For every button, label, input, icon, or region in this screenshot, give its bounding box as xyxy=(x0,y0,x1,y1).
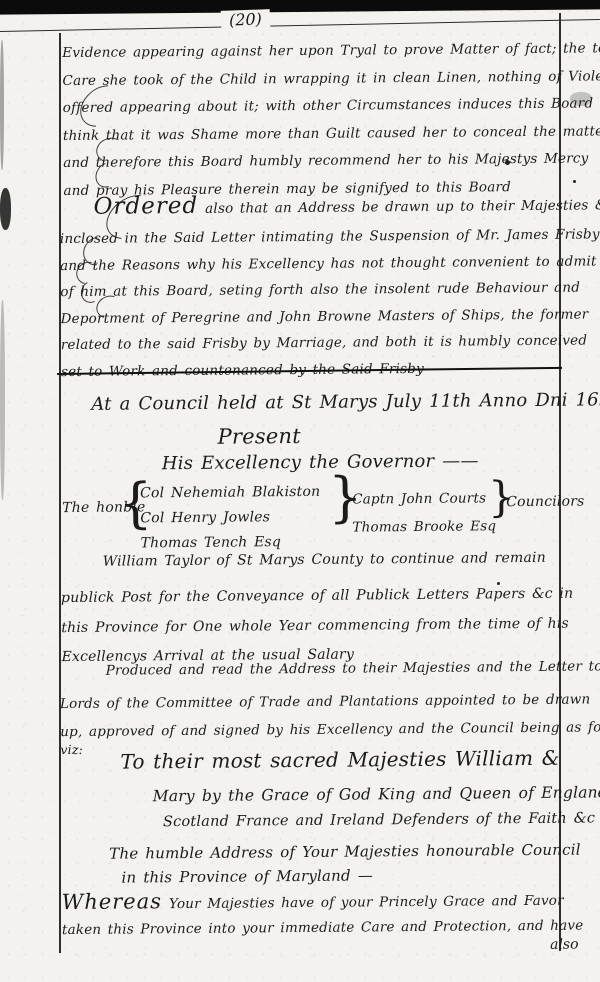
manuscript-line: related to the said Frisby by Marriage, … xyxy=(61,327,600,358)
paragraph-whereas-lead: Whereas Your Majesties have of your Prin… xyxy=(62,886,564,914)
manuscript-line: also that an Address be drawn up to thei… xyxy=(205,197,600,217)
viz-label: viz: xyxy=(60,742,83,757)
manuscript-page: (20) Evidence appearing against her upon… xyxy=(0,0,600,982)
member-name: Col Henry Jowles xyxy=(140,505,320,532)
members-column-2: Captn John Courts Thomas Brooke Esq xyxy=(352,484,496,541)
manuscript-line: and therefore this Board humbly recommen… xyxy=(63,145,600,178)
manuscript-line: of him at this Board, seting forth also … xyxy=(60,274,600,305)
member-name: Col Nehemiah Blakiston xyxy=(140,480,320,507)
role-label: Councilors xyxy=(506,494,584,511)
manuscript-line: taken this Province into your immediate … xyxy=(62,918,584,939)
ordered-word: Ordered xyxy=(93,193,198,220)
manuscript-line: Produced and read the Address to their M… xyxy=(106,658,600,679)
manuscript-line: Scotland France and Ireland Defenders of… xyxy=(163,810,595,830)
manuscript-line: Mary by the Grace of God King and Queen … xyxy=(153,783,600,805)
manuscript-line: The humble Address of Your Majesties hon… xyxy=(109,841,581,863)
address-heading: To their most sacred Majesties William & xyxy=(120,746,559,774)
present-heading: Present xyxy=(218,424,301,449)
manuscript-line: this Province for One whole Year commenc… xyxy=(61,609,574,643)
paragraph-ordered-lead: Ordered also that an Address be drawn up… xyxy=(93,189,600,219)
paragraph-evidence: Evidence appearing against her upon Trya… xyxy=(62,35,600,205)
governor-line: His Excellency the Governor —— xyxy=(162,450,479,474)
member-name: Captn John Courts xyxy=(352,484,496,513)
manuscript-line: offered appearing about it; with other C… xyxy=(63,90,600,123)
manuscript-line: William Taylor of St Marys County to con… xyxy=(103,550,546,570)
manuscript-line: in this Province of Maryland — xyxy=(121,866,373,886)
whereas-word: Whereas xyxy=(62,889,163,914)
member-name: Thomas Brooke Esq xyxy=(352,512,496,541)
manuscript-text: Evidence appearing against her upon Trya… xyxy=(0,0,600,982)
paragraph-produced: Lords of the Committee of Trade and Plan… xyxy=(60,686,600,746)
manuscript-line: inclosed in the Said Letter intimating t… xyxy=(60,221,600,252)
manuscript-line: Evidence appearing against her upon Trya… xyxy=(62,35,600,68)
paragraph-ordered: inclosed in the Said Letter intimating t… xyxy=(60,221,600,385)
catchword: also xyxy=(550,937,579,953)
manuscript-line: Your Majesties have of your Princely Gra… xyxy=(169,893,564,912)
manuscript-line: publick Post for the Conveyance of all P… xyxy=(61,580,574,614)
council-heading: At a Council held at St Marys July 11th … xyxy=(91,389,600,415)
manuscript-line: up, approved of and signed by his Excell… xyxy=(60,714,600,746)
manuscript-line: Lords of the Committee of Trade and Plan… xyxy=(60,686,600,718)
members-column-1: Col Nehemiah Blakiston Col Henry Jowles … xyxy=(140,480,321,557)
